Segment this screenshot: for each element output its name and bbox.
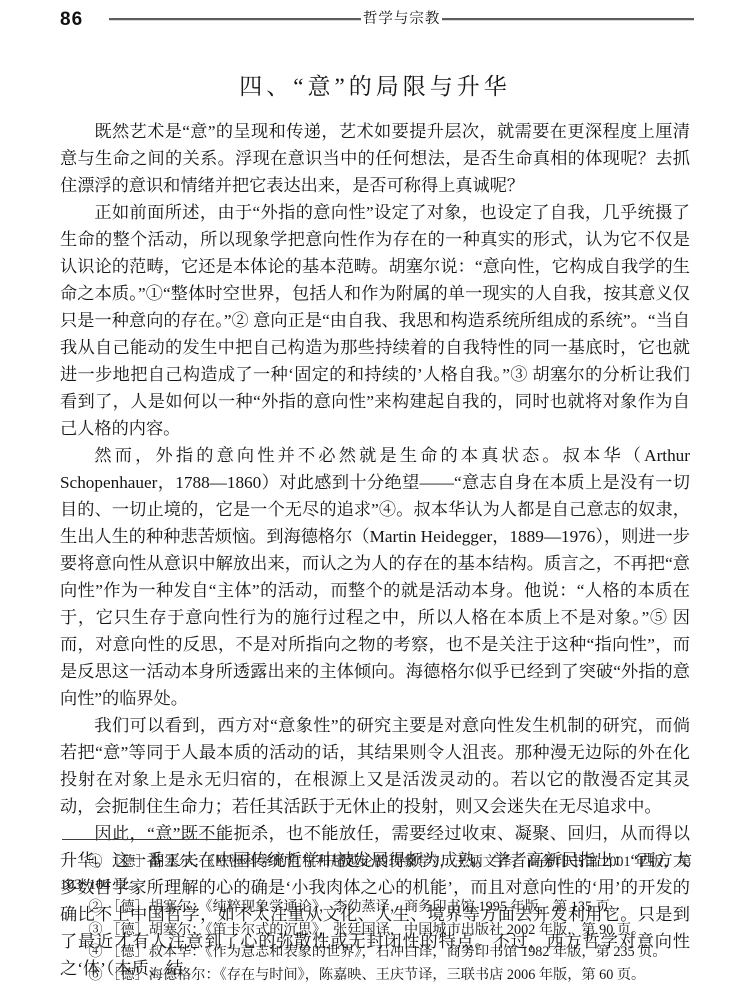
- footnote-4: ④ ［德］叔本华：《作为意志和表象的世界》，石冲白译，商务印书馆 1982 年版…: [60, 941, 692, 964]
- header-rule-left: [109, 18, 361, 21]
- paragraph-4: 我们可以看到，西方对“意象性”的研究主要是对意向性发生机制的研究，而倘若把“意”…: [60, 712, 690, 820]
- footnote-3: ③ ［德］胡塞尔：《笛卡尔式的沉思》，张廷国译，中国城市出版社 2002 年版，…: [60, 919, 692, 942]
- footnote-5: ⑤ ［德］海德格尔：《存在与时间》，陈嘉映、王庆节译，三联书店 2006 年版，…: [60, 964, 692, 987]
- footnotes: ① ［德］胡塞尔：《欧洲科学的危机和超越论的现象学》，王炳文译，商务印书馆 20…: [60, 851, 692, 986]
- header-rule-right: [442, 18, 694, 21]
- paragraph-1: 既然艺术是“意”的呈现和传递，艺术如要提升层次，就需要在更深程度上厘清意与生命之…: [60, 118, 690, 199]
- footnote-2: ② ［德］胡塞尔：《纯粹现象学通论》，李幼蒸译，商务印书馆 1995 年版，第 …: [60, 896, 692, 919]
- page-header: 86 哲学与宗教: [60, 10, 694, 29]
- paragraph-3: 然而，外指的意向性并不必然就是生命的本真状态。叔本华（Arthur Schope…: [60, 442, 690, 712]
- footnote-separator: [62, 839, 225, 840]
- footnote-1: ① ［德］胡塞尔：《欧洲科学的危机和超越论的现象学》，王炳文译，商务印书馆 20…: [60, 851, 692, 896]
- section-title: 四、“意”的局限与升华: [0, 68, 750, 101]
- page-number: 86: [60, 10, 83, 29]
- paragraph-2: 正如前面所述，由于“外指的意向性”设定了对象，也设定了自我，几乎统摄了生命的整个…: [60, 199, 690, 442]
- running-head: 哲学与宗教: [361, 12, 443, 27]
- book-page: 86 哲学与宗教 四、“意”的局限与升华 既然艺术是“意”的呈现和传递，艺术如要…: [0, 0, 750, 1000]
